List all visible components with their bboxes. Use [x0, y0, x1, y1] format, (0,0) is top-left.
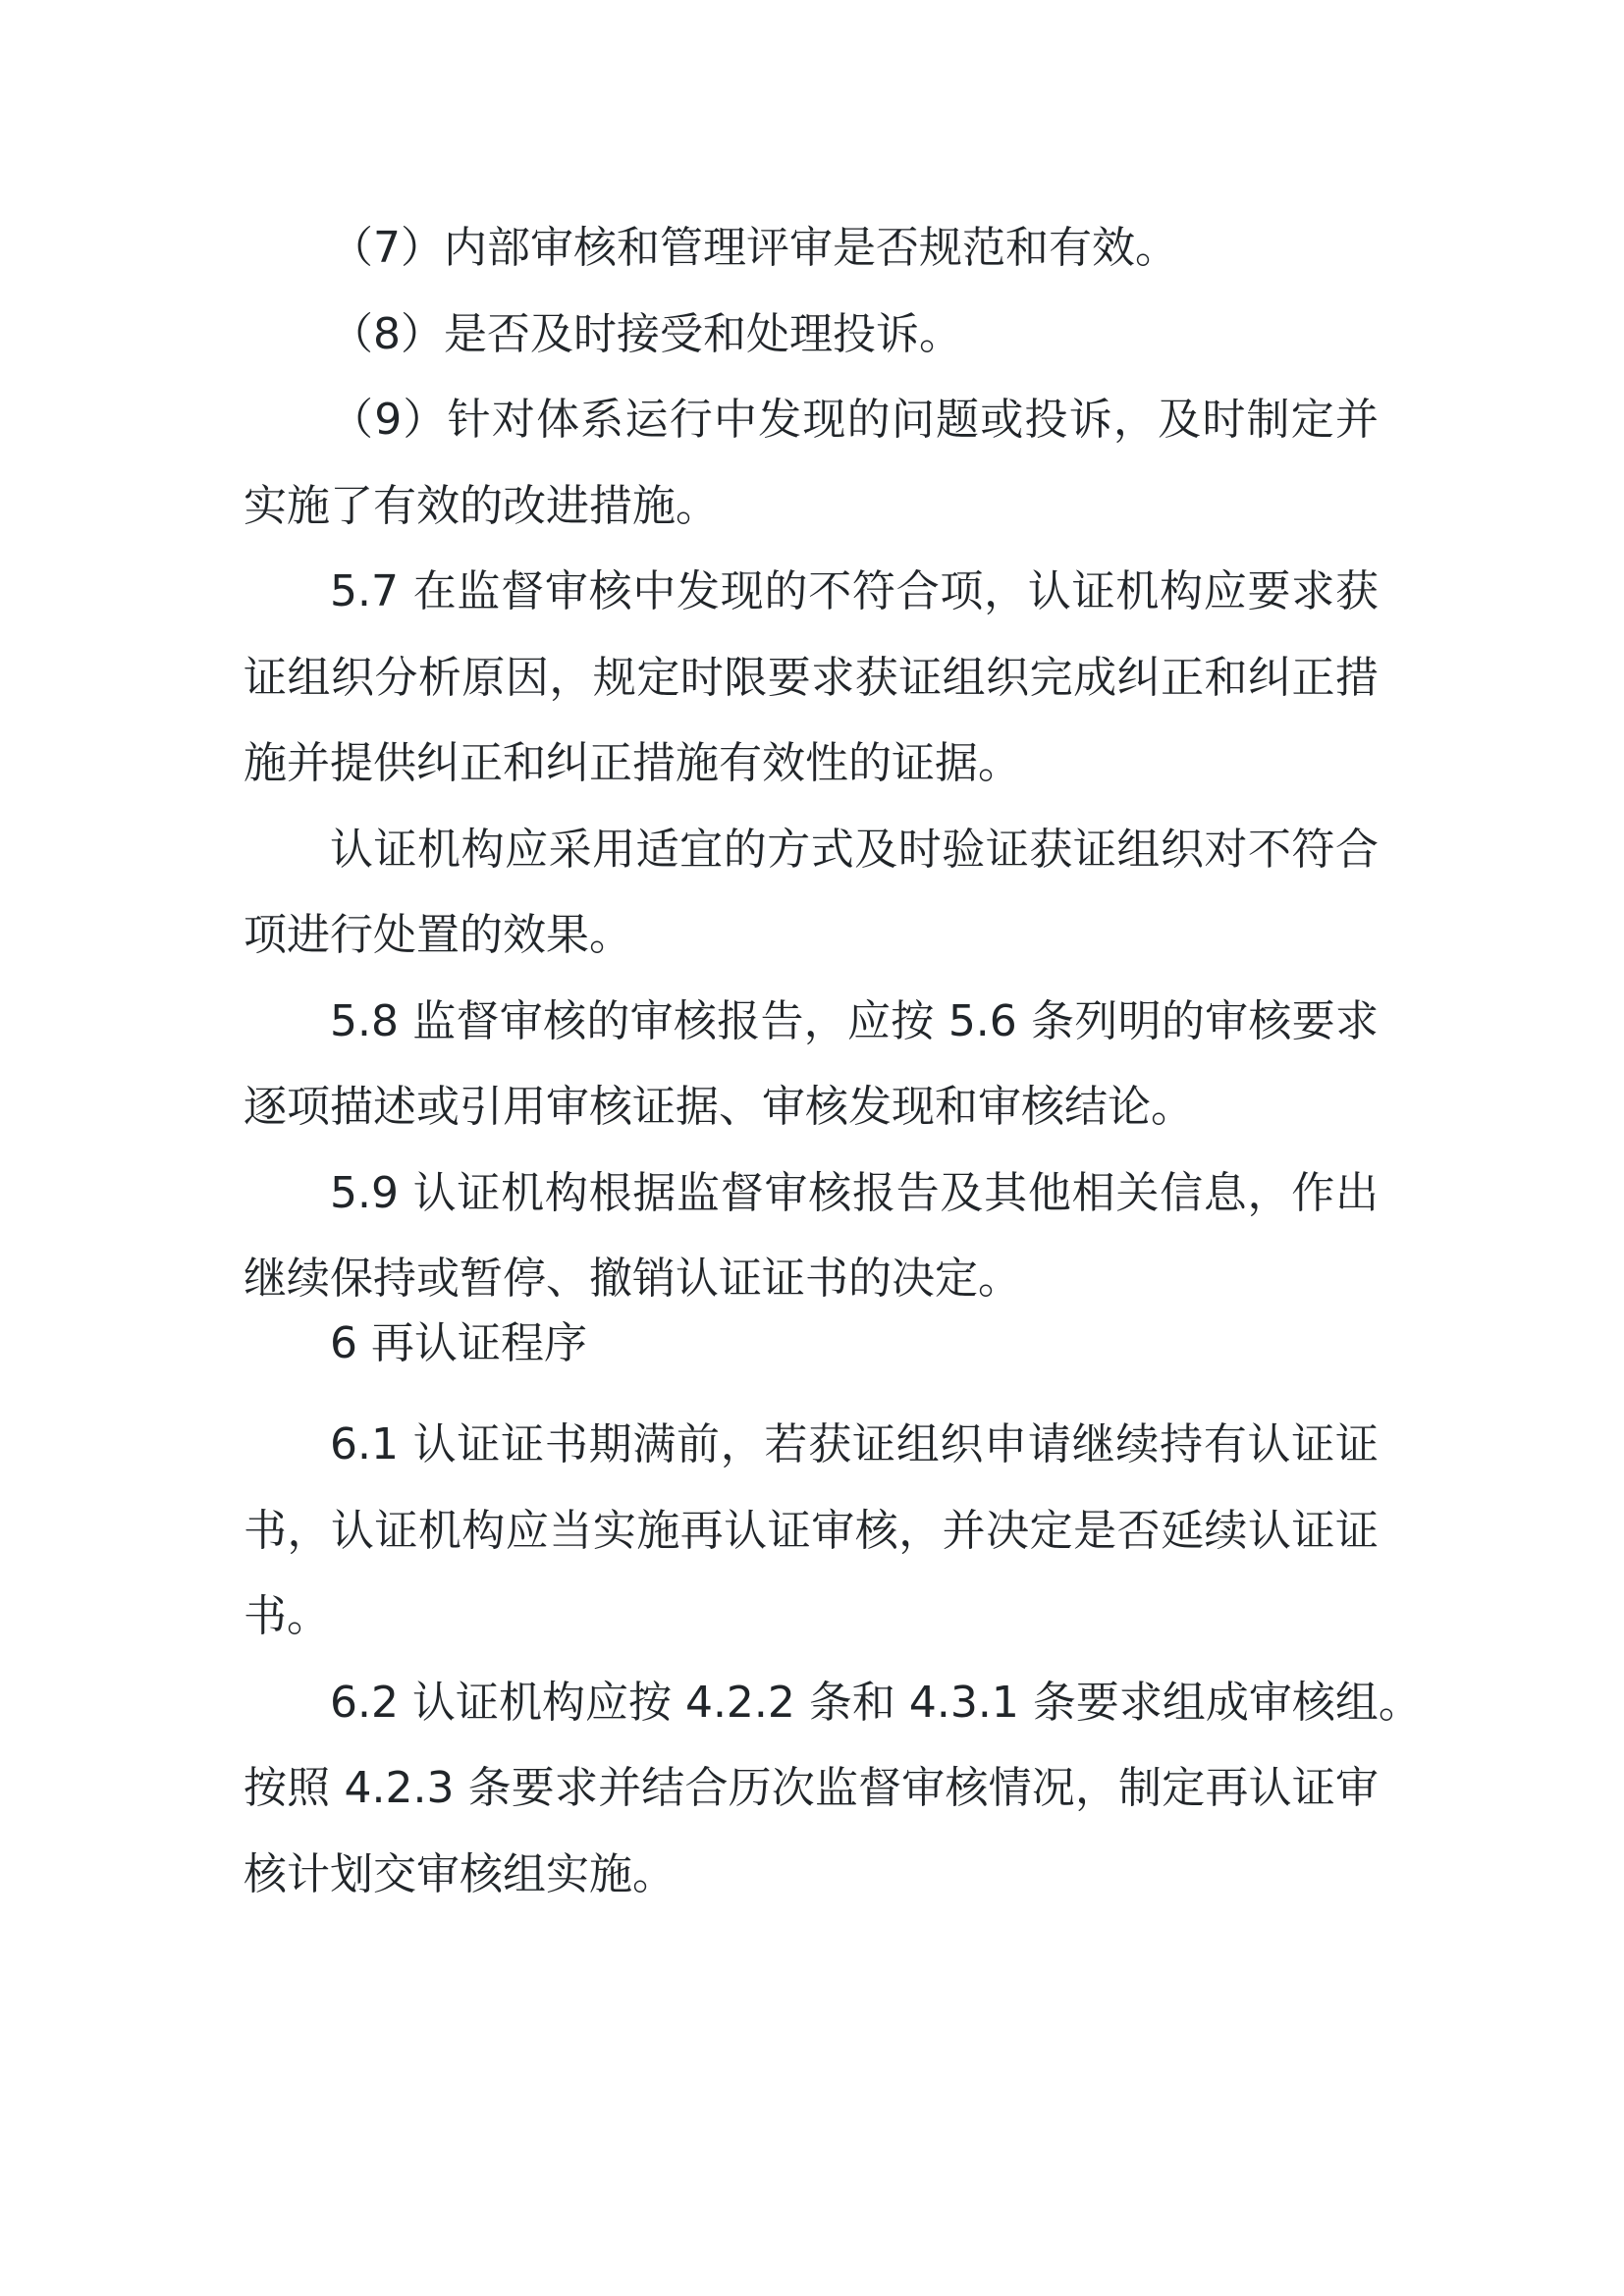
text-line: 项进行处置的效果。 — [244, 892, 1379, 979]
paragraph-5-8: 5.8 监督审核的审核报告，应按 5.6 条列明的审核要求 逐项描述或引用审核证… — [244, 979, 1379, 1150]
paragraph-item-8: （8）是否及时接受和处理投诉。 — [244, 292, 1379, 378]
paragraph-item-9: （9）针对体系运行中发现的问题或投诉，及时制定并 实施了有效的改进措施。 — [244, 377, 1379, 549]
text-line: 6.2 认证机构应按 4.2.2 条和 4.3.1 条要求组成审核组。 — [244, 1660, 1379, 1746]
document-text-body: （7）内部审核和管理评审是否规范和有效。 （8）是否及时接受和处理投诉。 （9）… — [244, 205, 1379, 1917]
paragraph-6-1: 6.1 认证证书期满前，若获证组织申请继续持有认证证 书，认证机构应当实施再认证… — [244, 1402, 1379, 1660]
text-line: 证组织分析原因，规定时限要求获证组织完成纠正和纠正措 — [244, 635, 1379, 721]
text-line: 5.9 认证机构根据监督审核报告及其他相关信息，作出 — [244, 1150, 1379, 1237]
text-line: 施并提供纠正和纠正措施有效性的证据。 — [244, 721, 1379, 807]
paragraph-verification: 认证机构应采用适宜的方式及时验证获证组织对不符合 项进行处置的效果。 — [244, 807, 1379, 979]
text-line: 6.1 认证证书期满前，若获证组织申请继续持有认证证 — [244, 1402, 1379, 1488]
text-line: 逐项描述或引用审核证据、审核发现和审核结论。 — [244, 1064, 1379, 1150]
paragraph-5-9: 5.9 认证机构根据监督审核报告及其他相关信息，作出 继续保持或暂停、撤销认证证… — [244, 1150, 1379, 1322]
text-line: 认证机构应采用适宜的方式及时验证获证组织对不符合 — [244, 807, 1379, 893]
text-line: 书。 — [244, 1574, 1379, 1660]
paragraph-5-7: 5.7 在监督审核中发现的不符合项，认证机构应要求获 证组织分析原因，规定时限要… — [244, 549, 1379, 807]
text-line: 5.7 在监督审核中发现的不符合项，认证机构应要求获 — [244, 549, 1379, 635]
text-line: 书，认证机构应当实施再认证审核，并决定是否延续认证证 — [244, 1488, 1379, 1575]
text-line: 实施了有效的改进措施。 — [244, 463, 1379, 550]
paragraph-item-7: （7）内部审核和管理评审是否规范和有效。 — [244, 205, 1379, 292]
paragraph-6-2: 6.2 认证机构应按 4.2.2 条和 4.3.1 条要求组成审核组。 按照 4… — [244, 1660, 1379, 1918]
text-line: 核计划交审核组实施。 — [244, 1832, 1379, 1918]
text-line: 按照 4.2.3 条要求并结合历次监督审核情况，制定再认证审 — [244, 1745, 1379, 1832]
text-line: （9）针对体系运行中发现的问题或投诉，及时制定并 — [244, 377, 1379, 463]
text-line: （7）内部审核和管理评审是否规范和有效。 — [244, 205, 1379, 292]
text-line: 5.8 监督审核的审核报告，应按 5.6 条列明的审核要求 — [244, 979, 1379, 1065]
document-page: （7）内部审核和管理评审是否规范和有效。 （8）是否及时接受和处理投诉。 （9）… — [0, 0, 1624, 2296]
text-line: （8）是否及时接受和处理投诉。 — [244, 292, 1379, 378]
